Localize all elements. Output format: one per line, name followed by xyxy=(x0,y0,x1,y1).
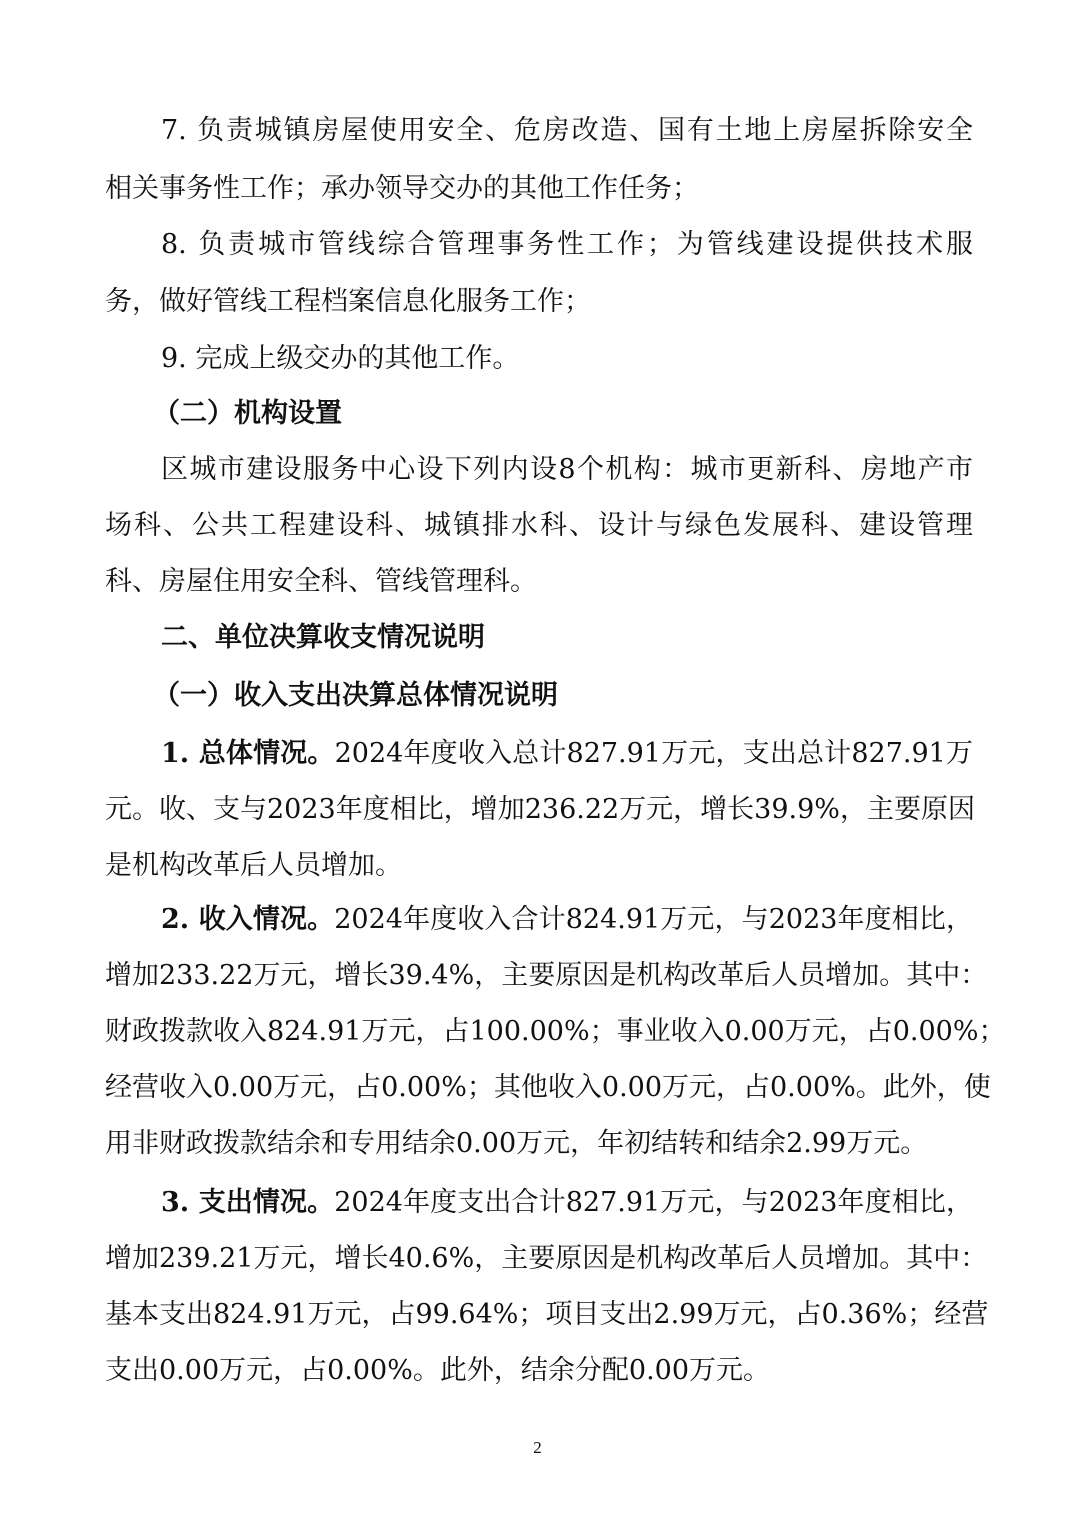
income-para-line-3: 财政拨款收入824.91万元，占100.00%；事业收入0.00万元，占0.00… xyxy=(105,1014,973,1050)
section-heading-overall: （一）收入支出决算总体情况说明 xyxy=(153,678,558,714)
income-para-line-4: 经营收入0.00万元，占0.00%；其他收入0.00万元，占0.00%。此外，使 xyxy=(105,1070,973,1106)
income-para-line-1: 2. 收入情况。2024年度收入合计824.91万元，与2023年度相比， xyxy=(161,902,973,938)
section-heading-org-setup: （二）机构设置 xyxy=(153,396,342,432)
expense-para-line-4: 支出0.00万元，占0.00%。此外，结余分配0.00万元。 xyxy=(105,1353,770,1389)
income-para-line-5: 用非财政拨款结余和专用结余0.00万元，年初结转和结余2.99万元。 xyxy=(105,1126,927,1162)
expense-para-line-1: 3. 支出情况。2024年度支出合计827.91万元，与2023年度相比， xyxy=(161,1185,973,1221)
expense-para-line-3: 基本支出824.91万元，占99.64%；项目支出2.99万元，占0.36%；经… xyxy=(105,1297,973,1333)
chapter-heading-income-expense: 二、单位决算收支情况说明 xyxy=(161,620,485,656)
overall-para-line-2: 元。收、支与2023年度相比，增加236.22万元，增长39.9%，主要原因 xyxy=(105,792,973,828)
expense-lead: 3. 支出情况。 xyxy=(161,1187,334,1218)
income-para-line-2: 增加233.22万元，增长39.4%，主要原因是机构改革后人员增加。其中： xyxy=(105,958,973,994)
duty-item-8-line-2: 务，做好管线工程档案信息化服务工作； xyxy=(105,284,591,320)
duty-item-9: 9. 完成上级交办的其他工作。 xyxy=(161,341,519,377)
duty-item-7-line-1: 7. 负责城镇房屋使用安全、危房改造、国有土地上房屋拆除安全 xyxy=(161,113,973,149)
expense-text: 2024年度支出合计827.91万元，与2023年度相比， xyxy=(334,1187,973,1218)
overall-para-line-1: 1. 总体情况。2024年度收入总计827.91万元，支出总计827.91万 xyxy=(161,736,973,772)
duty-item-7-line-2: 相关事务性工作；承办领导交办的其他工作任务； xyxy=(105,171,699,207)
overall-lead: 1. 总体情况。 xyxy=(161,738,335,769)
page-number: 2 xyxy=(0,1438,1075,1458)
org-setup-para-line-3: 科、房屋住用安全科、管线管理科。 xyxy=(105,564,537,600)
org-setup-para-line-1: 区城市建设服务中心设下列内设8个机构：城市更新科、房地产市 xyxy=(161,452,973,488)
org-setup-para-line-2: 场科、公共工程建设科、城镇排水科、设计与绿色发展科、建设管理 xyxy=(105,508,973,544)
income-lead: 2. 收入情况。 xyxy=(161,904,334,935)
income-text: 2024年度收入合计824.91万元，与2023年度相比， xyxy=(334,904,973,935)
duty-item-8-line-1: 8. 负责城市管线综合管理事务性工作；为管线建设提供技术服 xyxy=(161,227,973,263)
overall-text: 2024年度收入总计827.91万元，支出总计827.91万 xyxy=(335,738,973,769)
overall-para-line-3: 是机构改革后人员增加。 xyxy=(105,848,402,884)
expense-para-line-2: 增加239.21万元，增长40.6%，主要原因是机构改革后人员增加。其中： xyxy=(105,1241,973,1277)
